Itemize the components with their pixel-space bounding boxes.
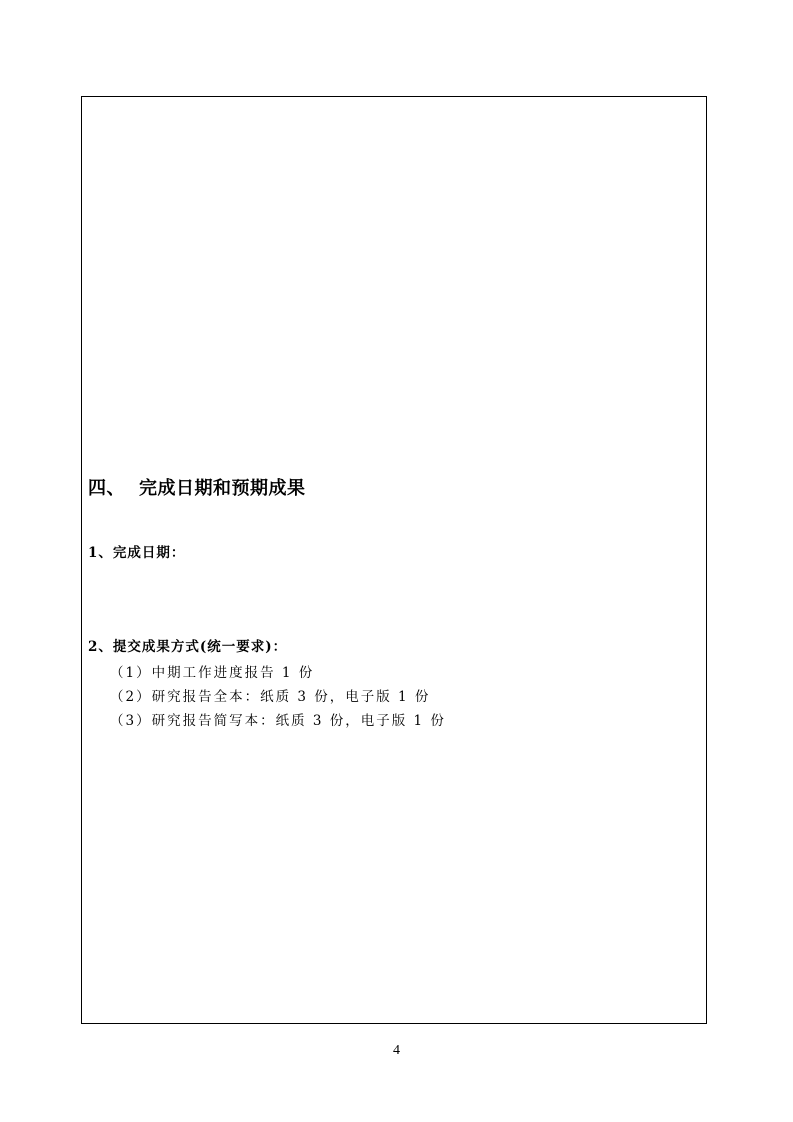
submission-item-3: （3）研究报告简写本：纸质 3 份，电子版 1 份	[110, 709, 446, 729]
submission-item-1: （1）中期工作进度报告 1 份	[110, 661, 314, 681]
section-heading: 四、完成日期和预期成果	[88, 474, 306, 500]
submission-method-label: 2、提交成果方式(统一要求)：	[88, 635, 287, 655]
section-title: 完成日期和预期成果	[139, 478, 306, 499]
completion-date-label: 1、完成日期：	[88, 541, 185, 561]
page-number: 4	[0, 1043, 793, 1059]
submission-item-2: （2）研究报告全本：纸质 3 份，电子版 1 份	[110, 685, 430, 705]
section-number: 四、	[88, 478, 125, 499]
